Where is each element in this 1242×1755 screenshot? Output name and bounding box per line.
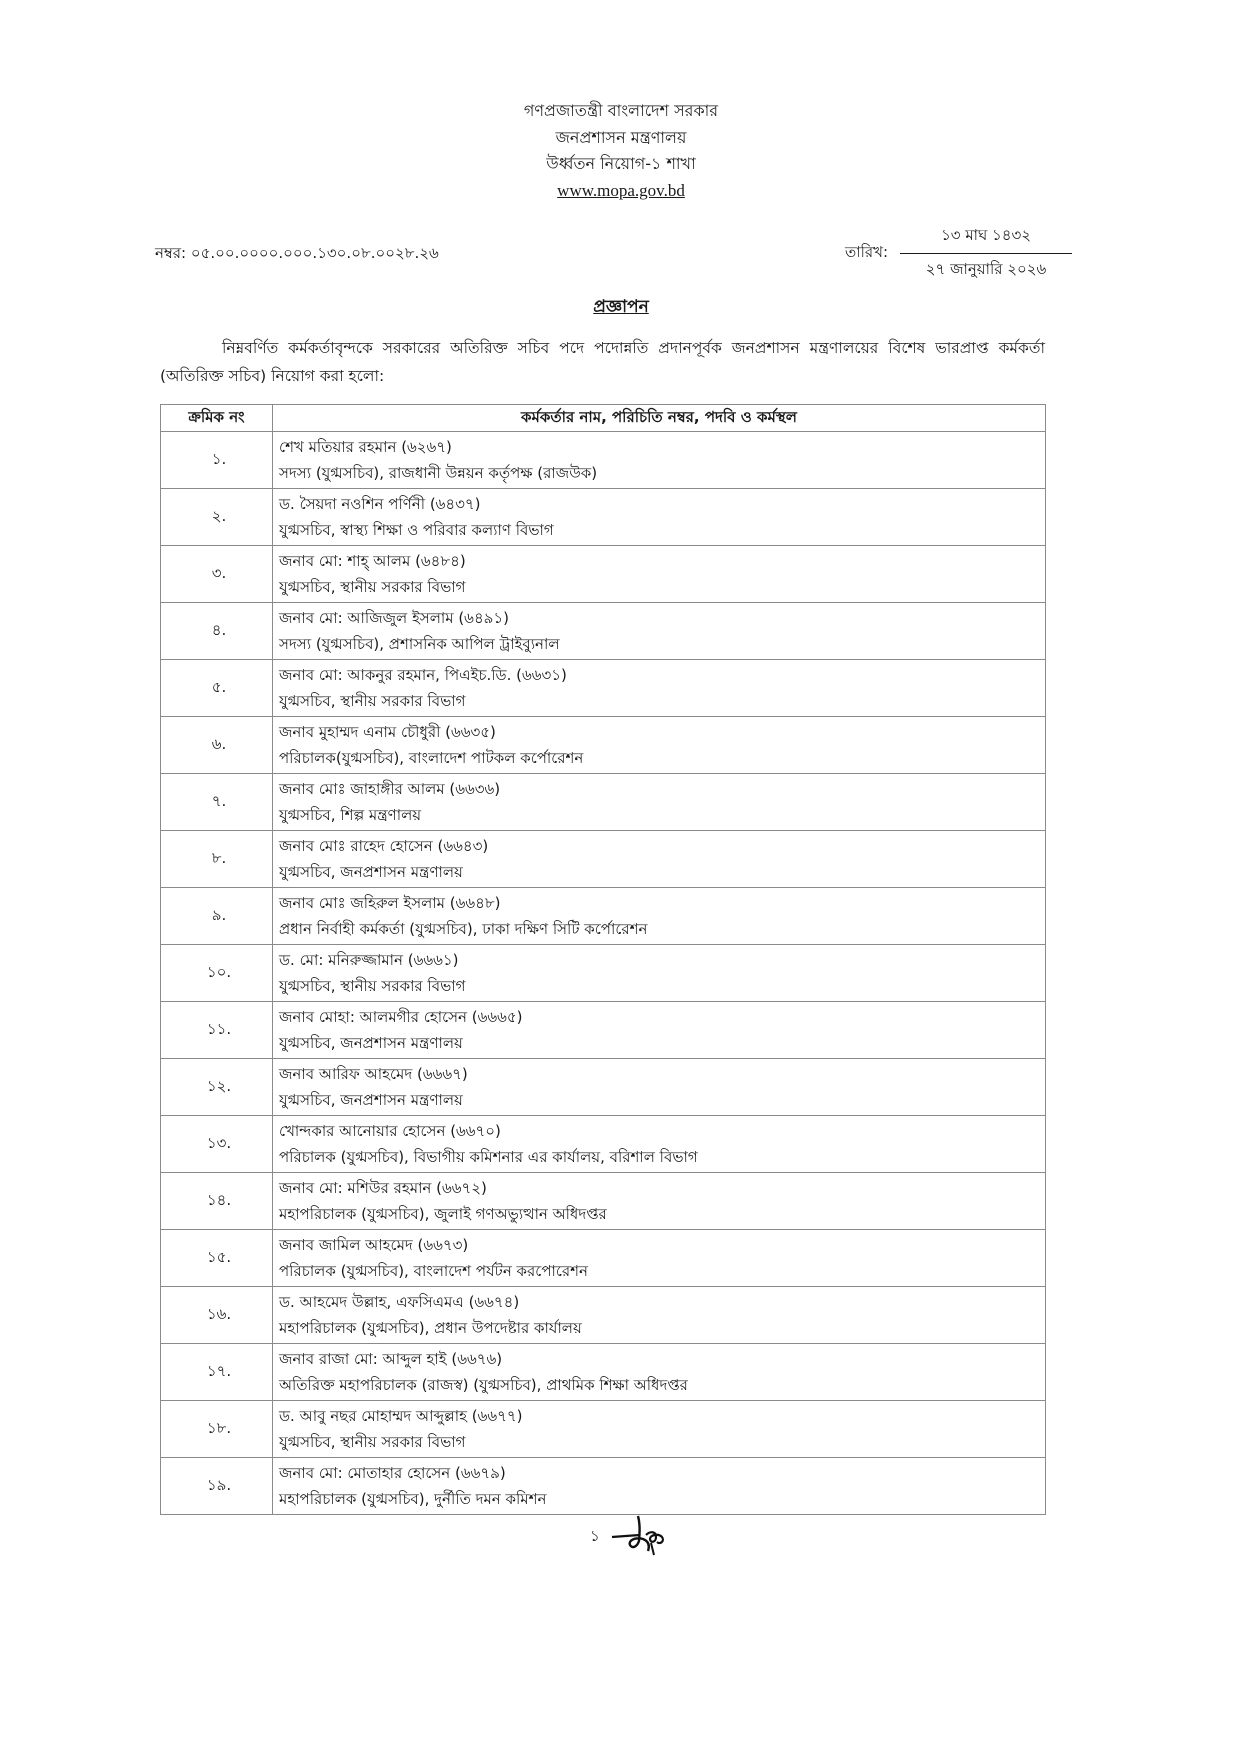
officer-name: জনাব মো: মোতাহার হোসেন (৬৬৭৯) — [279, 1460, 1045, 1486]
table-row: ৪.জনাব মো: আজিজুল ইসলাম (৬৪৯১)সদস্য (যুগ… — [161, 603, 1046, 660]
officer-details: জনাব মোঃ রাহেদ হোসেন (৬৬৪৩)যুগ্মসচিব, জন… — [273, 831, 1046, 888]
officer-post: পরিচালক(যুগ্মসচিব), বাংলাদেশ পাটকল কর্পো… — [279, 745, 1045, 771]
officer-details: জনাব মো: মোতাহার হোসেন (৬৬৭৯)মহাপরিচালক … — [273, 1458, 1046, 1515]
officer-post: সদস্য (যুগ্মসচিব), রাজধানী উন্নয়ন কর্তৃ… — [279, 460, 1045, 486]
serial-number: ৯. — [161, 888, 273, 945]
officer-post: যুগ্মসচিব, স্বাস্থ্য শিক্ষা ও পরিবার কল্… — [279, 517, 1045, 543]
table-row: ৬.জনাব মুহাম্মদ এনাম চৌধুরী (৬৬৩৫)পরিচাল… — [161, 717, 1046, 774]
officer-name: খোন্দকার আনোয়ার হোসেন (৬৬৭০) — [279, 1118, 1045, 1144]
notification-title: প্রজ্ঞাপন — [0, 294, 1242, 322]
serial-number: ১৯. — [161, 1458, 273, 1515]
officer-post: প্রধান নির্বাহী কর্মকর্তা (যুগ্মসচিব), ঢ… — [279, 916, 1045, 942]
website-link[interactable]: www.mopa.gov.bd — [0, 178, 1242, 205]
table-row: ২.ড. সৈয়দা নওশিন পর্ণিনী (৬৪৩৭)যুগ্মসচি… — [161, 489, 1046, 546]
serial-number: ১৪. — [161, 1173, 273, 1230]
officer-details: জনাব মো: আজিজুল ইসলাম (৬৪৯১)সদস্য (যুগ্ম… — [273, 603, 1046, 660]
letterhead: গণপ্রজাতন্ত্রী বাংলাদেশ সরকার জনপ্রশাসন … — [0, 98, 1242, 204]
officer-post: যুগ্মসচিব, স্থানীয় সরকার বিভাগ — [279, 574, 1045, 600]
table-row: ৫.জনাব মো: আকনুর রহমান, পিএইচ.ডি. (৬৬৩১)… — [161, 660, 1046, 717]
date-block: তারিখ: ১৩ মাঘ ১৪৩২ ২৭ জানুয়ারি ২০২৬ — [845, 224, 1072, 283]
table-row: ১৯.জনাব মো: মোতাহার হোসেন (৬৬৭৯)মহাপরিচা… — [161, 1458, 1046, 1515]
table-row: ১১.জনাব মোহা: আলমগীর হোসেন (৬৬৬৫)যুগ্মসচ… — [161, 1002, 1046, 1059]
officer-name: শেখ মতিয়ার রহমান (৬২৬৭) — [279, 434, 1045, 460]
table-row: ১.শেখ মতিয়ার রহমান (৬২৬৭)সদস্য (যুগ্মসচ… — [161, 432, 1046, 489]
officers-table: ক্রমিক নং কর্মকর্তার নাম, পরিচিতি নম্বর,… — [160, 404, 1046, 1515]
officer-name: জনাব মোঃ রাহেদ হোসেন (৬৬৪৩) — [279, 833, 1045, 859]
serial-number: ১৮. — [161, 1401, 273, 1458]
officer-post: যুগ্মসচিব, জনপ্রশাসন মন্ত্রণালয় — [279, 1030, 1045, 1056]
date-label: তারিখ: — [845, 241, 888, 266]
serial-number: ২. — [161, 489, 273, 546]
memo-number: নম্বর: ০৫.০০.০০০০.০০০.১৩০.০৮.০০২৮.২৬ — [155, 242, 439, 267]
officer-post: যুগ্মসচিব, জনপ্রশাসন মন্ত্রণালয় — [279, 859, 1045, 885]
header-details: কর্মকর্তার নাম, পরিচিতি নম্বর, পদবি ও কর… — [273, 405, 1046, 432]
serial-number: ১৫. — [161, 1230, 273, 1287]
table-row: ১৪.জনাব মো: মশিউর রহমান (৬৬৭২)মহাপরিচালক… — [161, 1173, 1046, 1230]
table-row: ৯.জনাব মোঃ জহিরুল ইসলাম (৬৬৪৮)প্রধান নির… — [161, 888, 1046, 945]
officer-details: ড. সৈয়দা নওশিন পর্ণিনী (৬৪৩৭)যুগ্মসচিব,… — [273, 489, 1046, 546]
serial-number: ৫. — [161, 660, 273, 717]
table-row: ১০.ড. মো: মনিরুজ্জামান (৬৬৬১)যুগ্মসচিব, … — [161, 945, 1046, 1002]
table-row: ১৩.খোন্দকার আনোয়ার হোসেন (৬৬৭০)পরিচালক … — [161, 1116, 1046, 1173]
officer-details: জনাব মো: মশিউর রহমান (৬৬৭২)মহাপরিচালক (য… — [273, 1173, 1046, 1230]
serial-number: ১৬. — [161, 1287, 273, 1344]
officer-details: জনাব আরিফ আহমেদ (৬৬৬৭)যুগ্মসচিব, জনপ্রশা… — [273, 1059, 1046, 1116]
officer-name: ড. আহমেদ উল্লাহ, এফসিএমএ (৬৬৭৪) — [279, 1289, 1045, 1315]
officer-post: পরিচালক (যুগ্মসচিব), বিভাগীয় কমিশনার এর… — [279, 1144, 1045, 1170]
officer-details: ড. আহমেদ উল্লাহ, এফসিএমএ (৬৬৭৪)মহাপরিচাল… — [273, 1287, 1046, 1344]
serial-number: ৮. — [161, 831, 273, 888]
serial-number: ১২. — [161, 1059, 273, 1116]
officer-name: জনাব মো: শাহ্ আলম (৬৪৮৪) — [279, 548, 1045, 574]
officer-name: জনাব মো: আকনুর রহমান, পিএইচ.ডি. (৬৬৩১) — [279, 662, 1045, 688]
officer-name: জনাব মো: মশিউর রহমান (৬৬৭২) — [279, 1175, 1045, 1201]
officer-post: সদস্য (যুগ্মসচিব), প্রশাসনিক আপিল ট্রাইব… — [279, 631, 1045, 657]
officer-details: জনাব মোঃ জহিরুল ইসলাম (৬৬৪৮)প্রধান নির্ব… — [273, 888, 1046, 945]
officer-name: জনাব মোঃ জাহাঙ্গীর আলম (৬৬৩৬) — [279, 776, 1045, 802]
officer-name: জনাব মুহাম্মদ এনাম চৌধুরী (৬৬৩৫) — [279, 719, 1045, 745]
officer-name: জনাব আরিফ আহমেদ (৬৬৬৭) — [279, 1061, 1045, 1087]
officer-post: যুগ্মসচিব, স্থানীয় সরকার বিভাগ — [279, 688, 1045, 714]
page-footer: ১ — [590, 1513, 672, 1561]
officer-name: জনাব মোহা: আলমগীর হোসেন (৬৬৬৫) — [279, 1004, 1045, 1030]
officer-post: যুগ্মসচিব, জনপ্রশাসন মন্ত্রণালয় — [279, 1087, 1045, 1113]
officer-details: জনাব মোঃ জাহাঙ্গীর আলম (৬৬৩৬)যুগ্মসচিব, … — [273, 774, 1046, 831]
officer-post: মহাপরিচালক (যুগ্মসচিব), জুলাই গণঅভ্যুত্থ… — [279, 1201, 1045, 1227]
table-row: ১৬.ড. আহমেদ উল্লাহ, এফসিএমএ (৬৬৭৪)মহাপরি… — [161, 1287, 1046, 1344]
officer-name: জনাব মোঃ জহিরুল ইসলাম (৬৬৪৮) — [279, 890, 1045, 916]
table-row: ৭.জনাব মোঃ জাহাঙ্গীর আলম (৬৬৩৬)যুগ্মসচিব… — [161, 774, 1046, 831]
officer-post: যুগ্মসচিব, শিল্প মন্ত্রণালয় — [279, 802, 1045, 828]
ministry-name: জনপ্রশাসন মন্ত্রণালয় — [0, 125, 1242, 152]
officer-details: জনাব মুহাম্মদ এনাম চৌধুরী (৬৬৩৫)পরিচালক(… — [273, 717, 1046, 774]
officer-details: শেখ মতিয়ার রহমান (৬২৬৭)সদস্য (যুগ্মসচিব… — [273, 432, 1046, 489]
date-gregorian: ২৭ জানুয়ারি ২০২৬ — [926, 254, 1047, 283]
officer-details: জনাব মো: শাহ্ আলম (৬৪৮৪)যুগ্মসচিব, স্থান… — [273, 546, 1046, 603]
officer-details: খোন্দকার আনোয়ার হোসেন (৬৬৭০)পরিচালক (যু… — [273, 1116, 1046, 1173]
officer-details: জনাব মোহা: আলমগীর হোসেন (৬৬৬৫)যুগ্মসচিব,… — [273, 1002, 1046, 1059]
government-name: গণপ্রজাতন্ত্রী বাংলাদেশ সরকার — [0, 98, 1242, 125]
table-row: ৮.জনাব মোঃ রাহেদ হোসেন (৬৬৪৩)যুগ্মসচিব, … — [161, 831, 1046, 888]
officer-details: ড. মো: মনিরুজ্জামান (৬৬৬১)যুগ্মসচিব, স্থ… — [273, 945, 1046, 1002]
serial-number: ৩. — [161, 546, 273, 603]
table-row: ১৮.ড. আবু নছর মোহাম্মদ আব্দুল্লাহ (৬৬৭৭)… — [161, 1401, 1046, 1458]
officer-name: জনাব রাজা মো: আব্দুল হাই (৬৬৭৬) — [279, 1346, 1045, 1372]
serial-number: ১. — [161, 432, 273, 489]
officer-name: ড. মো: মনিরুজ্জামান (৬৬৬১) — [279, 947, 1045, 973]
serial-number: ১০. — [161, 945, 273, 1002]
officer-name: জনাব জামিল আহমেদ (৬৬৭৩) — [279, 1232, 1045, 1258]
officer-post: যুগ্মসচিব, স্থানীয় সরকার বিভাগ — [279, 1429, 1045, 1455]
officer-name: ড. সৈয়দা নওশিন পর্ণিনী (৬৪৩৭) — [279, 491, 1045, 517]
officer-details: জনাব রাজা মো: আব্দুল হাই (৬৬৭৬)অতিরিক্ত … — [273, 1344, 1046, 1401]
table-row: ১৫.জনাব জামিল আহমেদ (৬৬৭৩)পরিচালক (যুগ্ম… — [161, 1230, 1046, 1287]
officer-details: জনাব মো: আকনুর রহমান, পিএইচ.ডি. (৬৬৩১)যু… — [273, 660, 1046, 717]
date-bangla: ১৩ মাঘ ১৪৩২ — [900, 224, 1072, 254]
officer-post: অতিরিক্ত মহাপরিচালক (রাজস্ব) (যুগ্মসচিব)… — [279, 1372, 1045, 1398]
serial-number: ১৭. — [161, 1344, 273, 1401]
intro-paragraph: নিম্নবর্ণিত কর্মকর্তাবৃন্দকে সরকারের অতি… — [160, 334, 1045, 390]
officer-details: জনাব জামিল আহমেদ (৬৬৭৩)পরিচালক (যুগ্মসচি… — [273, 1230, 1046, 1287]
officer-post: মহাপরিচালক (যুগ্মসচিব), প্রধান উপদেষ্টার… — [279, 1315, 1045, 1341]
serial-number: ১৩. — [161, 1116, 273, 1173]
officer-name: জনাব মো: আজিজুল ইসলাম (৬৪৯১) — [279, 605, 1045, 631]
date-values: ১৩ মাঘ ১৪৩২ ২৭ জানুয়ারি ২০২৬ — [900, 224, 1072, 283]
officer-details: ড. আবু নছর মোহাম্মদ আব্দুল্লাহ (৬৬৭৭)যুগ… — [273, 1401, 1046, 1458]
serial-number: ৪. — [161, 603, 273, 660]
officer-post: পরিচালক (যুগ্মসচিব), বাংলাদেশ পর্যটন করপ… — [279, 1258, 1045, 1284]
serial-number: ৬. — [161, 717, 273, 774]
table-row: ১২.জনাব আরিফ আহমেদ (৬৬৬৭)যুগ্মসচিব, জনপ্… — [161, 1059, 1046, 1116]
table-header-row: ক্রমিক নং কর্মকর্তার নাম, পরিচিতি নম্বর,… — [161, 405, 1046, 432]
page-number: ১ — [590, 1525, 600, 1550]
section-name: উর্ধ্বতন নিয়োগ-১ শাখা — [0, 151, 1242, 178]
serial-number: ৭. — [161, 774, 273, 831]
header-serial: ক্রমিক নং — [161, 405, 273, 432]
officer-post: যুগ্মসচিব, স্থানীয় সরকার বিভাগ — [279, 973, 1045, 999]
table-row: ৩.জনাব মো: শাহ্ আলম (৬৪৮৪)যুগ্মসচিব, স্থ… — [161, 546, 1046, 603]
officer-name: ড. আবু নছর মোহাম্মদ আব্দুল্লাহ (৬৬৭৭) — [279, 1403, 1045, 1429]
officer-post: মহাপরিচালক (যুগ্মসচিব), দুর্নীতি দমন কমি… — [279, 1486, 1045, 1512]
signature-icon — [610, 1513, 672, 1561]
serial-number: ১১. — [161, 1002, 273, 1059]
table-row: ১৭.জনাব রাজা মো: আব্দুল হাই (৬৬৭৬)অতিরিক… — [161, 1344, 1046, 1401]
